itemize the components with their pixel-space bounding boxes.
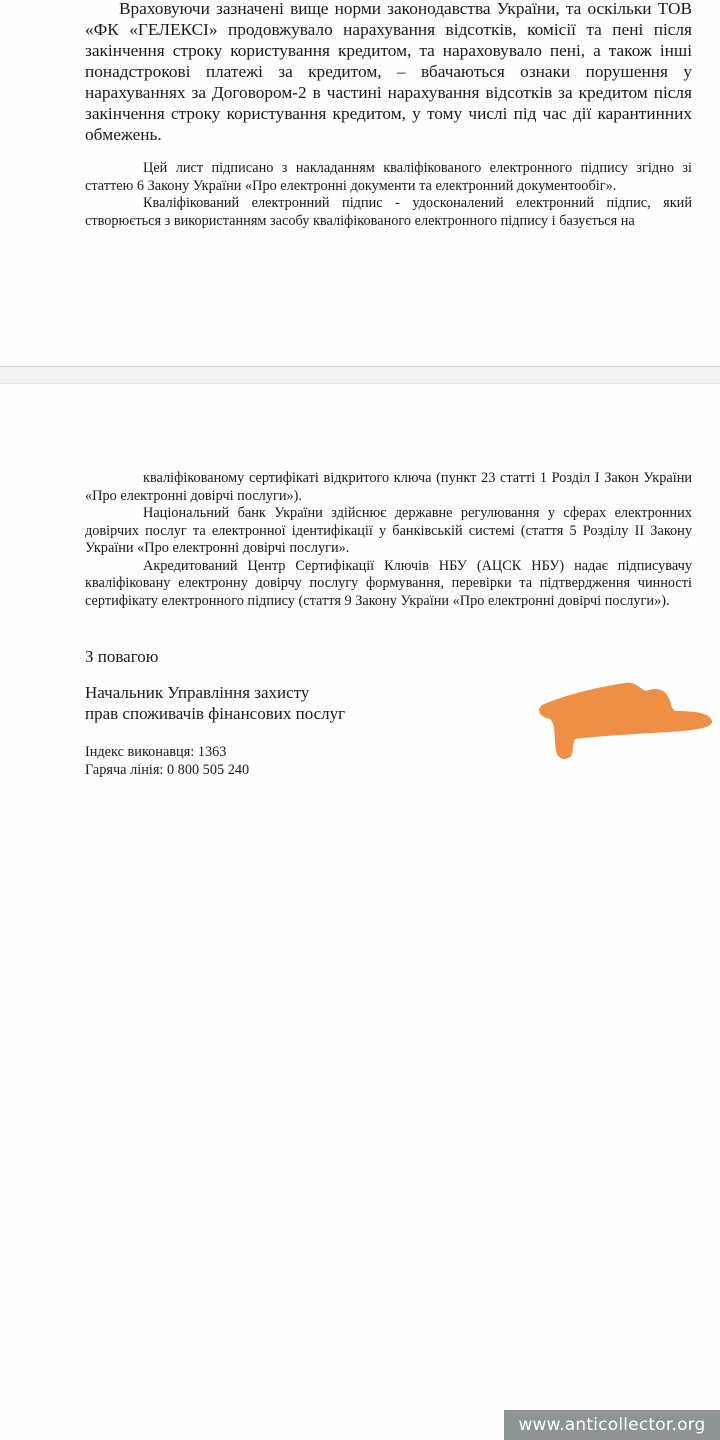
closing-regards: З повагою <box>85 646 158 667</box>
signatory-line-1: Начальник Управління захисту <box>85 682 345 703</box>
executor-info: Індекс виконавця: 1363 Гаряча лінія: 0 8… <box>85 743 249 779</box>
paragraph-conclusion: Враховуючи зазначені вище норми законода… <box>85 0 692 145</box>
signature-redaction-scribble <box>530 675 720 770</box>
paragraph-nbu-regulation: Національний банк України здійснює держа… <box>85 505 692 558</box>
document-page-2: кваліфікованому сертифікаті відкритого к… <box>0 385 720 1440</box>
paragraph-qualified-signature-start: Кваліфікований електронний підпис - удос… <box>85 195 692 230</box>
paragraph-acsk: Акредитований Центр Сертифікації Ключів … <box>85 558 692 611</box>
signatory-title: Начальник Управління захисту прав спожив… <box>85 682 345 724</box>
executor-index: Індекс виконавця: 1363 <box>85 743 249 761</box>
watermark: www.anticollector.org <box>504 1410 720 1440</box>
text-block-conclusion: Враховуючи зазначені вище норми законода… <box>85 0 692 145</box>
signatory-line-2: прав споживачів фінансових послуг <box>85 703 345 724</box>
paragraph-signature-notice: Цей лист підписано з накладанням кваліфі… <box>85 160 692 195</box>
page-separator <box>0 366 720 384</box>
hotline: Гаряча лінія: 0 800 505 240 <box>85 761 249 779</box>
document-page-1: Враховуючи зазначені вище норми законода… <box>0 0 720 366</box>
text-block-legal-notes: кваліфікованому сертифікаті відкритого к… <box>85 470 692 610</box>
paragraph-qualified-signature-end: кваліфікованому сертифікаті відкритого к… <box>85 470 692 505</box>
text-block-signature-info: Цей лист підписано з накладанням кваліфі… <box>85 160 692 230</box>
